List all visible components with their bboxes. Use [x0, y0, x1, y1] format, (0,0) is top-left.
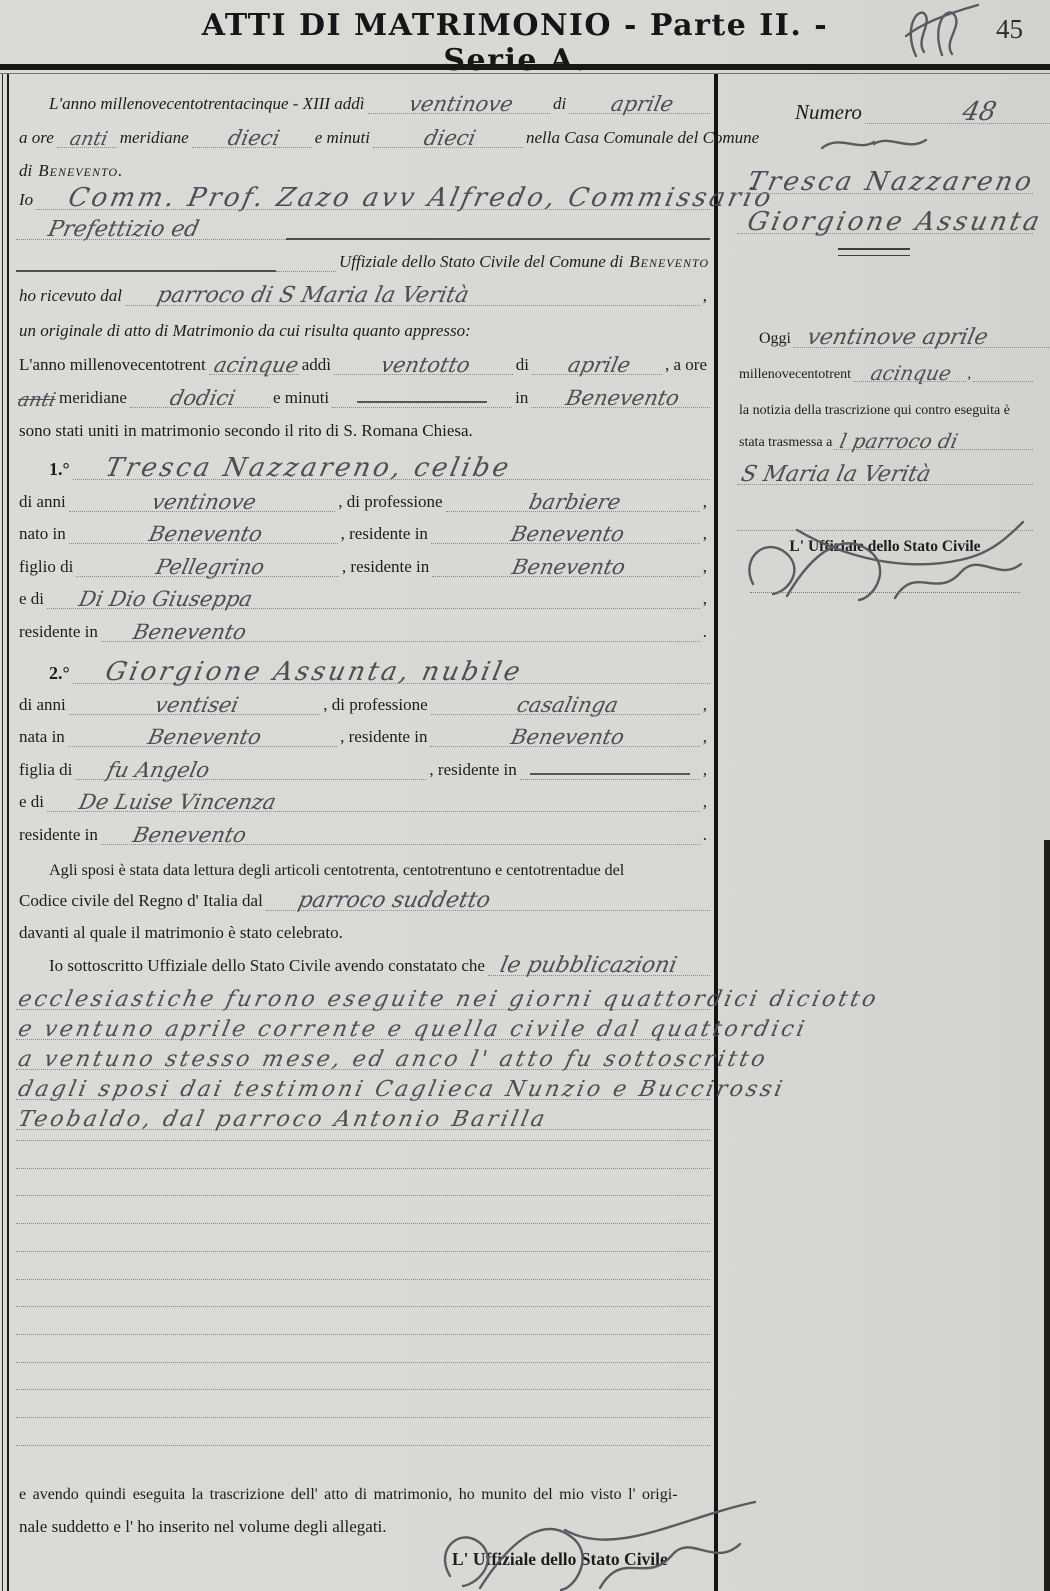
- handwritten-groom-name: Tresca Nazzareno: [745, 169, 1037, 195]
- handwritten-profession: casalinga: [515, 695, 620, 716]
- handwritten-mother: Di Dio Giuseppa: [77, 589, 254, 610]
- notizia-line: la notizia della trascrizione qui contro…: [737, 390, 1033, 418]
- spouse1-birth-line: nato in Benevento , residente in Beneven…: [16, 516, 710, 544]
- punctuation: ,: [966, 367, 974, 382]
- struck-entry: anti: [16, 391, 56, 408]
- entry-line: Giorgione Assunta: [737, 197, 1033, 234]
- marriage-act-page: ATTI DI MATRIMONIO - Parte II. - Serie A…: [0, 0, 1050, 1591]
- handwritten-date: ventinove aprile: [805, 327, 990, 349]
- empty-ruled-line: [16, 1445, 710, 1446]
- name-entry-line: Giorgione Assunta, nubile: [73, 647, 710, 684]
- printed-label: e minuti: [312, 129, 373, 148]
- father-entry-line: Pellegrino: [76, 548, 339, 577]
- numero-entry-line: 48: [865, 89, 1050, 124]
- printed-label: nata in: [16, 728, 68, 747]
- entry-line: le pubblicazioni: [488, 947, 710, 976]
- numero-line: Numero 48: [737, 90, 1050, 124]
- handwritten-father: Pellegrino: [154, 557, 266, 578]
- margin-name2-line: Giorgione Assunta: [737, 198, 1033, 234]
- rito-line: sono stati uniti in matrimonio secondo i…: [16, 413, 710, 441]
- printed-label: L'anno millenovecentotrentacinque - XIII…: [46, 95, 368, 114]
- handwritten-text: e ventuno aprile corrente e quella civil…: [16, 1019, 809, 1041]
- handwritten-spouse1-name: Tresca Nazzareno, celibe: [103, 455, 514, 481]
- atto-anno-line: L'anno millenovecentotrent acinque addì …: [16, 347, 710, 375]
- empty-ruled-line: [16, 1251, 710, 1252]
- printed-label: figlia di: [16, 761, 75, 780]
- birthplace-entry-line: Benevento: [69, 515, 338, 544]
- punctuation: ,: [700, 793, 710, 812]
- profession-entry-line: barbiere: [446, 483, 700, 512]
- printed-label: nato in: [16, 525, 69, 544]
- printed-label: di anni: [16, 696, 69, 715]
- column-divider: [714, 74, 718, 1591]
- handwritten-birthplace: Benevento: [146, 727, 263, 748]
- spouse2-mother-line: e di De Luise Vincenza ,: [16, 784, 710, 812]
- birthplace-entry-line: Benevento: [68, 718, 337, 747]
- day-entry-line: ventinove: [368, 85, 550, 114]
- handwritten-hour: dieci: [226, 128, 282, 149]
- place-entry-line: Benevento: [531, 379, 710, 408]
- handwritten-minutes: dieci: [422, 128, 478, 149]
- officer-signature-bottom: [425, 1496, 765, 1591]
- handwritten-spouse2-name: Giorgione Assunta, nubile: [103, 659, 525, 685]
- constatato-hw-line: dagli sposi dai testimoni Caglieca Nunzi…: [16, 1072, 710, 1100]
- handwritten-year: acinque: [869, 363, 953, 383]
- celebrant-entry-line: parroco suddetto: [266, 882, 710, 911]
- printed-label: e minuti: [270, 389, 332, 408]
- spouse2-birth-line: nata in Benevento , residente in Beneven…: [16, 719, 710, 747]
- entry-line: a ventuno stesso mese, ed anco l' atto f…: [16, 1041, 710, 1070]
- signature-dotted-line: [750, 592, 1020, 593]
- month-entry-line: aprile: [569, 85, 710, 114]
- residence-entry-line: Benevento: [431, 515, 700, 544]
- printed-label: Codice civile del Regno d' Italia dal: [16, 892, 266, 911]
- printed-label: residente in: [16, 826, 101, 845]
- official-title-line: Prefettizio ed: [16, 212, 710, 240]
- empty-ruled-line: [16, 1140, 710, 1141]
- father-entry-line: fu Angelo: [75, 751, 426, 780]
- handwritten-residence: Benevento: [510, 557, 627, 578]
- hour-entry-line: dieci: [192, 119, 312, 148]
- handwritten-hour: dodici: [168, 388, 237, 409]
- double-underline: [838, 248, 910, 256]
- residence-entry-line: Benevento: [432, 548, 699, 577]
- top-rule-thin: [0, 73, 1050, 74]
- handwritten-text: Teobaldo, dal parroco Antonio Barilla: [16, 1109, 549, 1131]
- handwritten-residence: Benevento: [509, 524, 626, 545]
- spouse2-number: 2.°: [46, 664, 73, 684]
- printed-text: Agli sposi è stata data lettura degli ar…: [46, 861, 627, 879]
- handwritten-year: acinque: [212, 355, 300, 376]
- punctuation: ,: [700, 287, 710, 306]
- printed-label: , residente in: [426, 761, 519, 780]
- printed-text: un originale di atto di Matrimonio da cu…: [16, 322, 474, 341]
- handwritten-age: ventisei: [153, 695, 240, 716]
- handwritten-father: fu Angelo: [105, 760, 211, 781]
- residence-entry-line: Benevento: [101, 816, 700, 845]
- empty-ruled-line: [16, 1417, 710, 1418]
- spouse1-residence-line: residente in Benevento .: [16, 614, 710, 642]
- official-entry-line: Comm. Prof. Zazo avv Alfredo, Commissari…: [36, 175, 710, 210]
- printed-label: di anni: [16, 493, 69, 512]
- month-entry-line: aprile: [532, 346, 662, 375]
- handwritten-residence: Benevento: [131, 825, 248, 846]
- right-edge-strip: [1044, 840, 1050, 1591]
- hand-drawn-dash: [357, 401, 487, 403]
- entry-line: dagli sposi dai testimoni Caglieca Nunzi…: [16, 1071, 710, 1100]
- empty-ruled-line: [16, 1223, 710, 1224]
- printed-text: davanti al quale il matrimonio è stato c…: [16, 924, 346, 943]
- spouse1-name-line: 1.° Tresca Nazzareno, celibe: [16, 444, 710, 480]
- printed-text: Io sottoscritto Uffiziale dello Stato Ci…: [46, 957, 488, 976]
- originale-line: un originale di atto di Matrimonio da cu…: [16, 313, 710, 341]
- printed-label: a ore: [16, 129, 57, 148]
- printed-label: Oggi: [757, 330, 793, 348]
- printed-label: , di professione: [320, 696, 430, 715]
- printed-label: meridiane: [117, 129, 192, 148]
- punctuation: .: [700, 623, 710, 642]
- printed-label: residente in: [16, 623, 101, 642]
- entry-line: S Maria la Verità: [737, 454, 1033, 485]
- punctuation: ,: [700, 493, 710, 512]
- ufficiale-line: Uffiziale dello Stato Civile del Comune …: [16, 244, 710, 272]
- name-entry-line: Tresca Nazzareno, celibe: [73, 443, 710, 480]
- officer-signature-right: [735, 512, 1035, 622]
- punctuation: ,: [700, 728, 710, 747]
- trasmessa-line: stata trasmessa a l parroco di: [737, 422, 1033, 450]
- printed-label: addì: [299, 356, 334, 375]
- comune-name: Benevento: [626, 253, 712, 272]
- spouse1-father-line: figlio di Pellegrino , residente in Bene…: [16, 549, 710, 577]
- printed-label: di: [513, 356, 532, 375]
- punctuation: .: [700, 826, 710, 845]
- printed-label: L'anno millenovecentotrent: [16, 356, 209, 375]
- spouse1-mother-line: e di Di Dio Giuseppa ,: [16, 581, 710, 609]
- empty-ruled-line: [16, 1306, 710, 1307]
- empty-ruled-line: [16, 1279, 710, 1280]
- punctuation: ,: [700, 558, 710, 577]
- parish-entry-line: parroco di S Maria la Verità: [125, 277, 700, 306]
- handwritten-age: ventinove: [150, 492, 258, 513]
- printed-label: nella Casa Comunale del Comune: [523, 129, 762, 148]
- printed-label: , di professione: [335, 493, 445, 512]
- punctuation: ,: [700, 761, 710, 780]
- residence-entry-line: Benevento: [430, 718, 699, 747]
- page-number: 45: [996, 14, 1023, 45]
- corner-flourish-mark: [898, 0, 983, 58]
- profession-entry-line: casalinga: [431, 686, 700, 715]
- dotted-lead: [973, 353, 1033, 382]
- numero-label: Numero: [792, 101, 865, 124]
- handwritten-place: Benevento: [564, 388, 681, 409]
- printed-label: Io: [16, 191, 36, 210]
- residence-entry-line: [520, 751, 700, 780]
- printed-label: e di: [16, 590, 47, 609]
- handwritten-text: dagli sposi dai testimoni Caglieca Nunzi…: [16, 1079, 787, 1101]
- mother-entry-line: Di Dio Giuseppa: [47, 580, 700, 609]
- hand-drawn-line: [286, 210, 710, 240]
- empty-ruled-line: [16, 1168, 710, 1169]
- anno-line: L'anno millenovecentotrentacinque - XIII…: [16, 86, 710, 114]
- official-name-line: Io Comm. Prof. Zazo avv Alfredo, Commiss…: [16, 176, 710, 210]
- minutes-entry-line: dieci: [373, 119, 523, 148]
- handwritten-text: ecclesiastiche furono eseguite nei giorn…: [16, 989, 881, 1011]
- constatato-hw-line: e ventuno aprile corrente e quella civil…: [16, 1012, 710, 1040]
- spouse2-age-line: di anni ventisei , di professione casali…: [16, 687, 710, 715]
- printed-label: , a ore: [662, 356, 710, 375]
- printed-label: , residente in: [338, 525, 431, 544]
- year-entry-line: acinque: [209, 346, 299, 375]
- anti-entry-line: anti: [57, 119, 117, 148]
- empty-ruled-line: [16, 1334, 710, 1335]
- handwritten-official-name: Comm. Prof. Zazo avv Alfredo, Commissari…: [66, 185, 776, 211]
- handwritten-mother: De Luise Vincenza: [77, 792, 278, 813]
- constatato-hw-line: ecclesiastiche furono eseguite nei giorn…: [16, 982, 710, 1010]
- printed-label: ho ricevuto dal: [16, 287, 125, 306]
- handwritten-parish: parroco di S Maria la Verità: [155, 285, 471, 307]
- printed-text: sono stati uniti in matrimonio secondo i…: [16, 422, 476, 441]
- empty-ruled-line: [16, 1195, 710, 1196]
- entry-line: Teobaldo, dal parroco Antonio Barilla: [16, 1101, 710, 1130]
- spouse2-residence-line: residente in Benevento .: [16, 817, 710, 845]
- lettura-line2: Codice civile del Regno d' Italia dal pa…: [16, 883, 710, 911]
- age-entry-line: ventisei: [69, 686, 321, 715]
- printed-label: , residente in: [339, 558, 432, 577]
- handwritten-bride-name: Giorgione Assunta: [745, 209, 1045, 235]
- ricevuto-line: ho ricevuto dal parroco di S Maria la Ve…: [16, 278, 710, 306]
- handwritten-parish: l parroco di: [838, 431, 960, 451]
- numero-flourish: [818, 132, 930, 156]
- parish-line2: S Maria la Verità: [737, 455, 1033, 485]
- handwritten-official-title: Prefettizio ed: [46, 219, 201, 241]
- year-entry-line: acinque: [853, 353, 966, 382]
- atto-ora-line: anti meridiane dodici e minuti in Beneve…: [16, 380, 710, 408]
- printed-label: meridiane: [56, 389, 130, 408]
- entry-line: Tresca Nazzareno: [737, 157, 1033, 194]
- handwritten-celebrant: parroco suddetto: [296, 890, 492, 912]
- printed-label: di: [550, 95, 569, 114]
- empty-ruled-line: [16, 1362, 710, 1363]
- spouse2-father-line: figlia di fu Angelo , residente in ,: [16, 752, 710, 780]
- printed-label: stata trasmessa a: [737, 435, 834, 450]
- hour-entry-line: dodici: [130, 379, 270, 408]
- ora-line: a ore anti meridiane dieci e minuti diec…: [16, 120, 710, 148]
- handwritten-anti: anti: [68, 130, 109, 149]
- parish-entry-line: l parroco di: [834, 421, 1033, 450]
- hand-drawn-line: [16, 242, 276, 272]
- printed-label: e di: [16, 793, 47, 812]
- printed-text: la notizia della trascrizione qui contro…: [737, 403, 1012, 418]
- entry-line: ecclesiastiche furono eseguite nei giorn…: [16, 981, 710, 1010]
- printed-label: Uffiziale dello Stato Civile del Comune …: [336, 253, 626, 272]
- spouse1-age-line: di anni ventinove , di professione barbi…: [16, 484, 710, 512]
- spouse2-name-line: 2.° Giorgione Assunta, nubile: [16, 648, 710, 684]
- handwritten-day: ventinove: [407, 94, 515, 115]
- handwritten-month: aprile: [609, 94, 675, 115]
- day-entry-line: ventotto: [334, 346, 513, 375]
- constatato-hw-line: Teobaldo, dal parroco Antonio Barilla: [16, 1102, 710, 1130]
- mother-entry-line: De Luise Vincenza: [47, 783, 700, 812]
- handwritten-profession: barbiere: [527, 492, 623, 513]
- handwritten-birthplace: Benevento: [147, 524, 264, 545]
- age-entry-line: ventinove: [69, 483, 336, 512]
- handwritten-parish-name: S Maria la Verità: [739, 464, 933, 486]
- oggi-line: Oggi ventinove aprile: [737, 318, 1050, 348]
- punctuation: ,: [700, 590, 710, 609]
- left-border-thin: [2, 74, 3, 1591]
- handwritten-anti-struck: anti: [16, 391, 57, 410]
- handwritten-day: ventotto: [379, 355, 472, 376]
- handwritten-text: le pubblicazioni: [498, 955, 679, 977]
- official-entry-line2: Prefettizio ed: [16, 211, 286, 240]
- lettura-line1: Agli sposi è stata data lettura degli ar…: [16, 851, 710, 879]
- margin-name1-line: Tresca Nazzareno: [737, 158, 1033, 194]
- date-entry-line: ventinove aprile: [793, 317, 1050, 348]
- handwritten-residence: Benevento: [131, 622, 248, 643]
- printed-label: figlio di: [16, 558, 76, 577]
- punctuation: ,: [700, 525, 710, 544]
- year-line: millenovecentotrent acinque ,: [737, 354, 1033, 382]
- printed-label: in: [512, 389, 531, 408]
- lettura-line3: davanti al quale il matrimonio è stato c…: [16, 915, 710, 943]
- residence-entry-line: Benevento: [101, 613, 700, 642]
- hand-drawn-dash: [530, 773, 690, 775]
- printed-label: millenovecentotrent: [737, 367, 853, 382]
- handwritten-residence: Benevento: [509, 727, 626, 748]
- top-rule: [0, 64, 1050, 70]
- left-border: [7, 74, 9, 1591]
- handwritten-month: aprile: [566, 355, 632, 376]
- handwritten-text: a ventuno stesso mese, ed anco l' atto f…: [16, 1049, 770, 1071]
- dotted-lead: [276, 243, 336, 272]
- printed-text: nale suddetto e l' ho inserito nel volum…: [16, 1518, 390, 1537]
- constatato-hw-line: a ventuno stesso mese, ed anco l' atto f…: [16, 1042, 710, 1070]
- spouse1-number: 1.°: [46, 460, 73, 480]
- empty-ruled-line: [16, 1389, 710, 1390]
- printed-label: , residente in: [337, 728, 430, 747]
- punctuation: ,: [700, 696, 710, 715]
- constatato-intro-line: Io sottoscritto Uffiziale dello Stato Ci…: [16, 948, 710, 976]
- minutes-entry-line: [332, 379, 512, 408]
- handwritten-act-number: 48: [960, 99, 999, 125]
- entry-line: e ventuno aprile corrente e quella civil…: [16, 1011, 710, 1040]
